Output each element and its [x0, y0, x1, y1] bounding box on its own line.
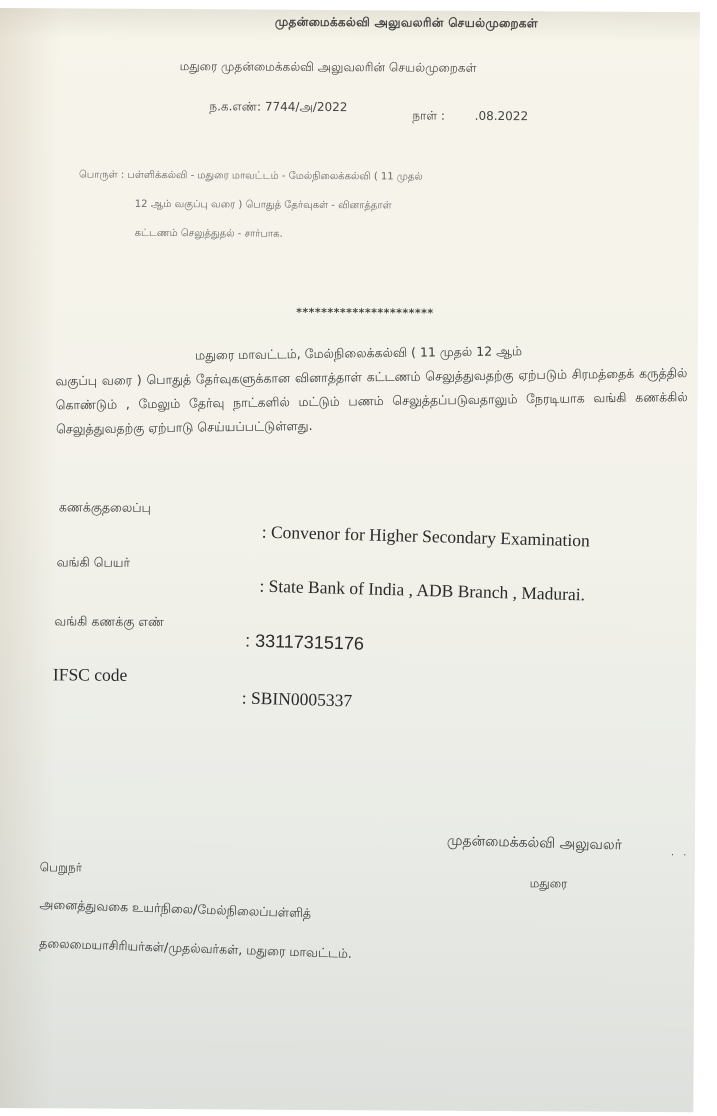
separator: ********************** [296, 306, 434, 320]
subject-line-2: 12 ஆம் வகுப்பு வரை ) பொதுத் தேர்வுகள் - … [79, 189, 579, 221]
ink-specks: · · [671, 850, 690, 861]
subject: பொருள் : பள்ளிக்கல்வி - மதுரை மாவட்டம் -… [79, 160, 580, 250]
date-label: நாள் : [412, 109, 445, 123]
body-rest: வகுப்பு வரை ) பொதுத் தேர்வுகளுக்கான வினா… [55, 361, 688, 441]
date: நாள் : .08.2022 [412, 109, 528, 126]
body-paragraph: மதுரை மாவட்டம், மேல்நிலைக்கல்வி ( 11 முத… [55, 337, 688, 441]
account-number-value: : 33117315176 [245, 631, 364, 655]
recipient-line-1: அனைத்துவகை உயர்நிலை/மேல்நிலைப்பள்ளித் [39, 896, 311, 922]
bank-name-label: வங்கி பெயர் [57, 554, 131, 571]
account-number-label: வங்கி கணக்கு எண் [54, 613, 164, 631]
recipient-line-2: தலைமையாசிரியர்கள்/முதல்வர்கள், மதுரை மாவ… [39, 935, 352, 963]
document-page: முதன்மைக்கல்வி அலுவலரின் செயல்முறைகள் மத… [0, 8, 700, 1112]
recipient-label: பெறுநர் [40, 860, 82, 876]
date-value: .08.2022 [475, 109, 529, 123]
signature-place: மதுரை [530, 876, 568, 892]
ifsc-value: : SBIN0005337 [242, 687, 353, 711]
header-title: மதுரை முதன்மைக்கல்வி அலுவலரின் செயல்முறை… [180, 59, 477, 77]
reference-number: ந.க.எண்: 7744/அ/2022 [209, 99, 347, 116]
signature-title: முதன்மைக்கல்வி அலுவலர் [447, 833, 622, 856]
subject-line-3: கட்டணம் செலுத்துதல் - சார்பாக. [79, 218, 579, 250]
account-title-label: கணக்குதலைப்பு [59, 499, 151, 517]
header-top: முதன்மைக்கல்வி அலுவலரின் செயல்முறைகள் [275, 15, 538, 33]
bank-name-value: : State Bank of India , ADB Branch , Mad… [259, 576, 585, 606]
subject-line-1: பொருள் : பள்ளிக்கல்வி - மதுரை மாவட்டம் -… [79, 169, 423, 182]
account-title-value: : Convenor for Higher Secondary Examinat… [262, 522, 590, 552]
ifsc-label: IFSC code [53, 664, 128, 685]
